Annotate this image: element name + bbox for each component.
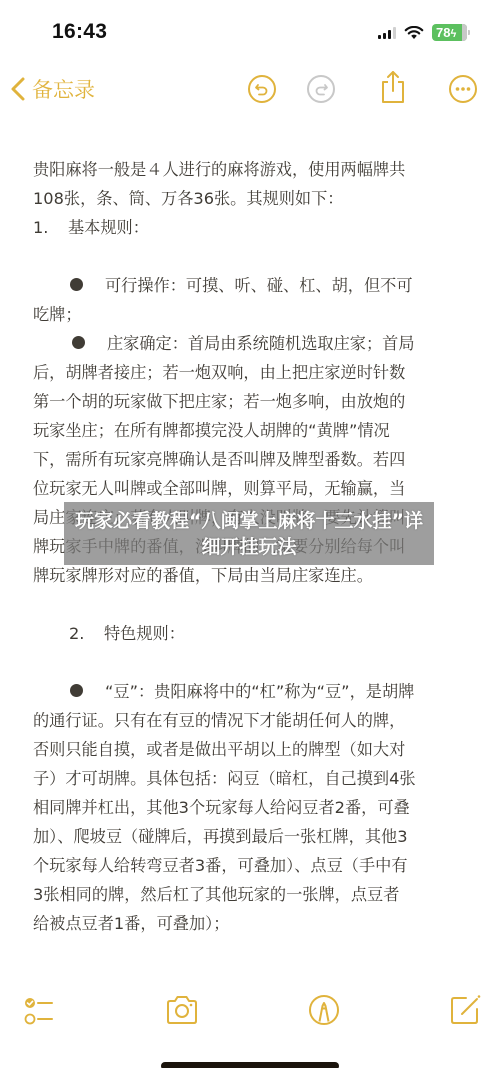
section-title: 特色规则： — [104, 624, 185, 643]
bullet-continuation: 位玩家无人叫牌或全部叫牌，则算平局，无输赢，当 — [33, 474, 463, 503]
bullet-continuation: 3张相同的牌，然后杠了其他玩家的一张牌，点豆者 — [33, 880, 463, 909]
list-number: 2. — [69, 619, 104, 648]
chevron-left-icon — [10, 76, 26, 102]
home-indicator[interactable] — [161, 1062, 339, 1068]
battery-level: 78 — [436, 25, 450, 40]
compose-icon[interactable] — [448, 993, 482, 1027]
back-label: 备忘录 — [32, 74, 95, 104]
overlay-caption: 玩家必看教程“八闽掌上麻将十三水挂”详细开挂玩法 — [64, 502, 434, 565]
bullet-continuation: 子）才可胡牌。具体包括：闷豆（暗杠，自己摸到4张 — [33, 764, 463, 793]
bullet-continuation: 牌玩家牌形对应的番值，下局由当局庄家连庄。 — [33, 561, 463, 590]
battery-icon: 78ϟ — [432, 24, 470, 41]
bullet-continuation: 相同牌并杠出，其他3个玩家每人给闷豆者2番，可叠 — [33, 793, 463, 822]
redo-icon[interactable] — [306, 74, 336, 104]
bullet-item: 可行操作：可摸、听、碰、杠、胡，但不可 — [33, 271, 463, 300]
back-button[interactable]: 备忘录 — [10, 74, 95, 104]
bullet-item: “豆”：贵阳麻将中的“杠”称为“豆”，是胡牌 — [33, 677, 463, 706]
markup-icon[interactable] — [307, 993, 341, 1027]
intro-line: 108张，条、筒、万各36张。其规则如下： — [33, 184, 463, 213]
section-heading-1: 1.基本规则： — [33, 213, 463, 242]
bullet-continuation: 的通行证。只有在有豆的情况下才能胡任何人的牌， — [33, 706, 463, 735]
undo-icon[interactable] — [247, 74, 277, 104]
list-number: 1. — [33, 213, 68, 242]
checklist-icon[interactable] — [22, 993, 56, 1027]
bullet-continuation: 加）、爬坡豆（碰牌后，再摸到最后一张杠牌，其他3 — [33, 822, 463, 851]
share-icon[interactable] — [378, 70, 408, 104]
signal-icon — [378, 27, 396, 39]
bullet-icon — [70, 684, 83, 697]
bullet-continuation: 吃牌； — [33, 300, 463, 329]
bullet-continuation: 下，需所有玩家亮牌确认是否叫牌及牌型番数。若四 — [33, 445, 463, 474]
bullet-icon — [70, 278, 83, 291]
section-title: 基本规则： — [68, 218, 149, 237]
camera-icon[interactable] — [165, 993, 199, 1027]
status-time: 16:43 — [52, 20, 107, 44]
bullet-continuation: 个玩家每人给转弯豆者3番，可叠加）、点豆（手中有 — [33, 851, 463, 880]
bottom-toolbar — [0, 990, 500, 1030]
bullet-continuation: 玩家坐庄；在所有牌都摸完没人胡牌的“黄牌”情况 — [33, 416, 463, 445]
charging-bolt-icon: ϟ — [450, 28, 456, 40]
nav-bar: 备忘录 — [0, 66, 500, 112]
wifi-icon — [404, 26, 424, 40]
more-icon[interactable] — [448, 74, 478, 104]
section-heading-2: 2.特色规则： — [33, 619, 463, 648]
bullet-continuation: 第一个胡的玩家做下把庄家；若一炮多响，由放炮的 — [33, 387, 463, 416]
bullet-continuation: 给被点豆者1番，可叠加）； — [33, 909, 463, 938]
bullet-continuation: 后，胡牌者接庄；若一炮双响，由上把庄家逆时针数 — [33, 358, 463, 387]
bullet-continuation: 否则只能自摸，或者是做出平胡以上的牌型（如大对 — [33, 735, 463, 764]
intro-line: 贵阳麻将一般是４人进行的麻将游戏，使用两幅牌共 — [33, 155, 463, 184]
status-bar: 16:43 78ϟ — [0, 0, 500, 66]
bullet-item: 庄家确定：首局由系统随机选取庄家；首局 — [33, 329, 463, 358]
status-icons: 78ϟ — [378, 24, 470, 41]
bullet-icon — [72, 336, 85, 349]
